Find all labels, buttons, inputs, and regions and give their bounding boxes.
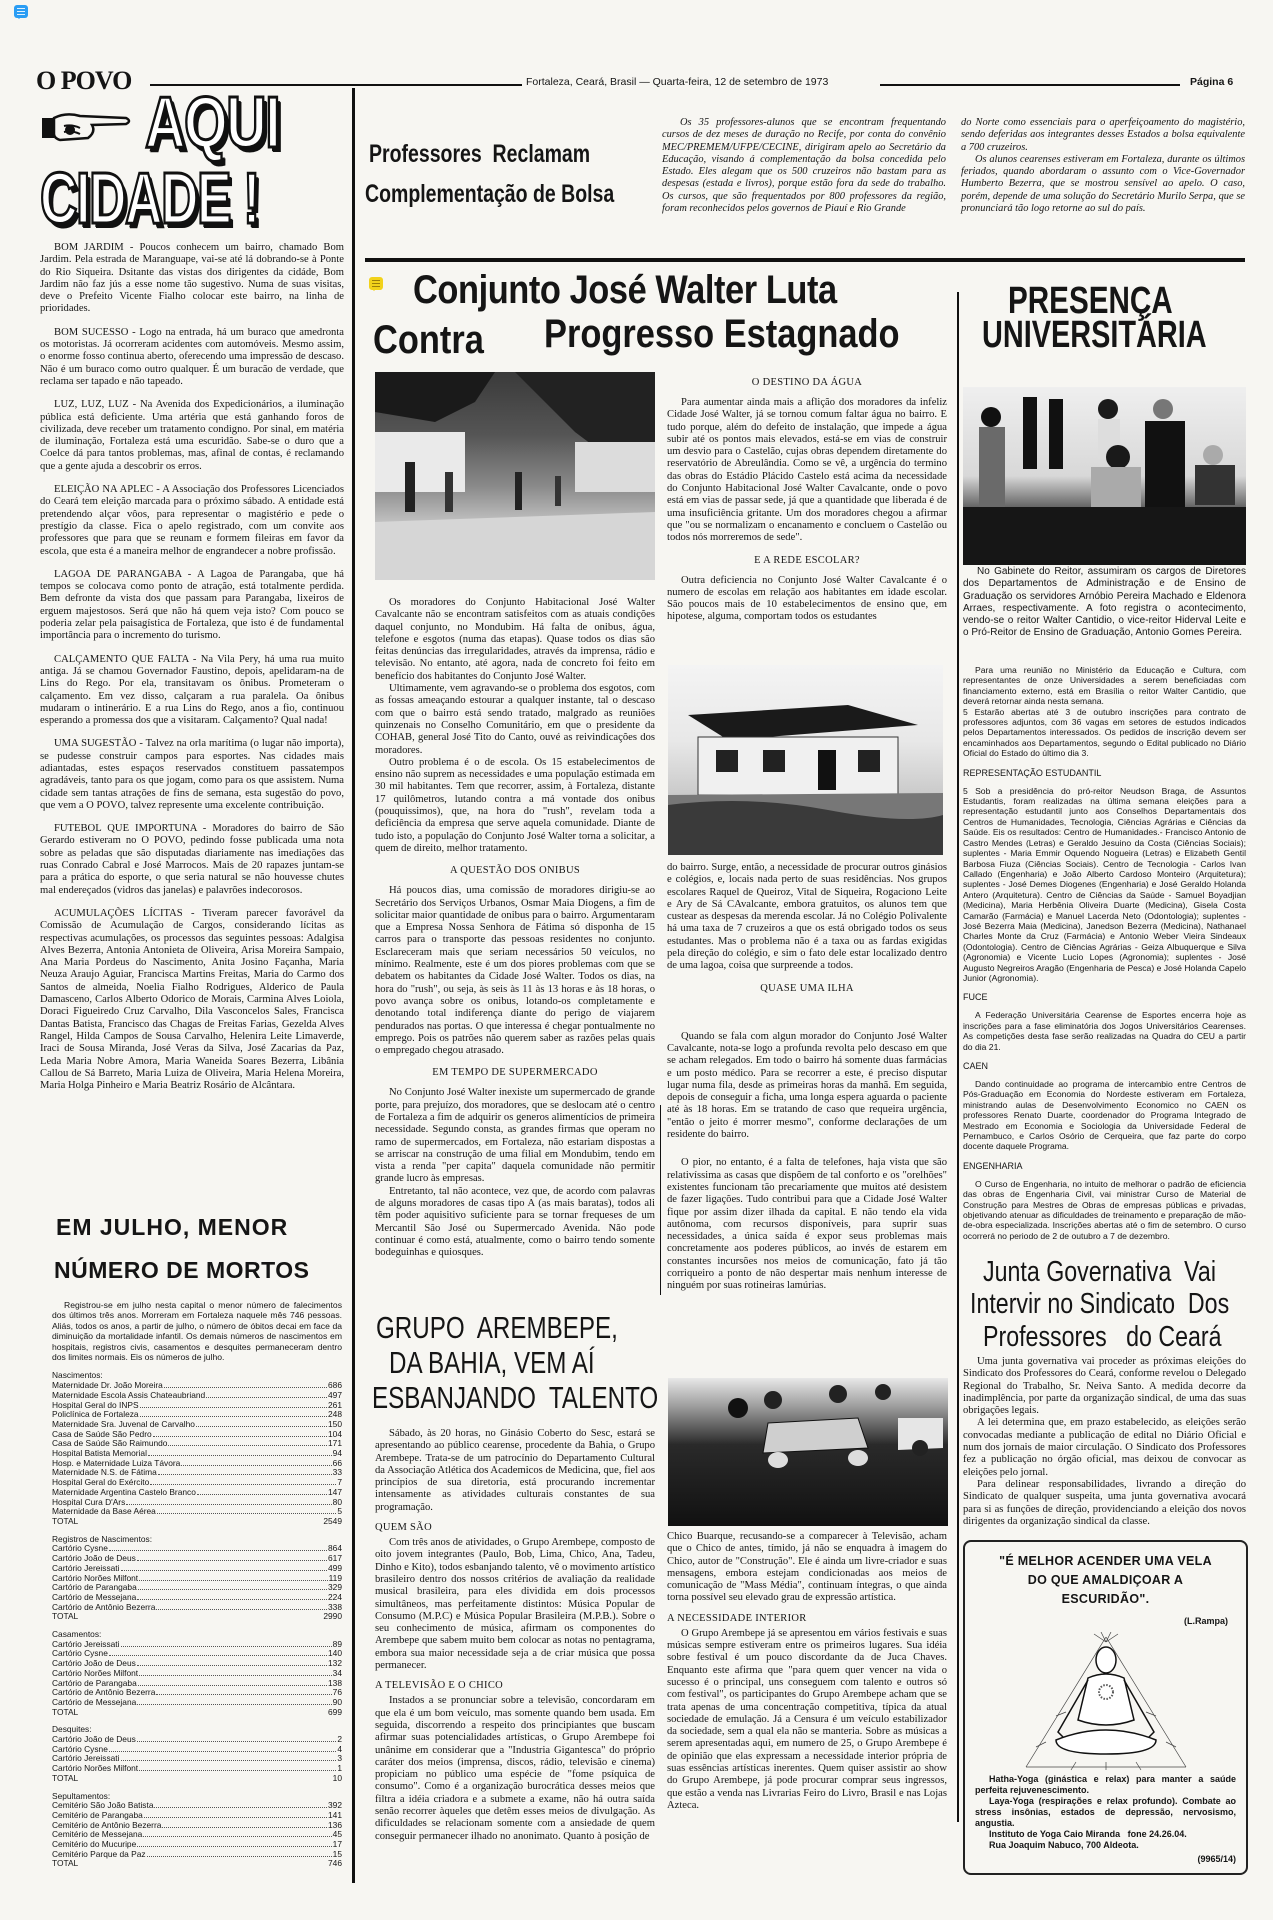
professores-title-line1: Professores Reclamam bbox=[369, 140, 590, 169]
presenca-photo-caption: No Gabinete do Reitor, assumiram os carg… bbox=[963, 566, 1246, 640]
leader-dots bbox=[162, 1827, 327, 1828]
aqui-cidade-title-line2: CIDADE ! bbox=[40, 160, 259, 238]
conjunto-title-line1: Conjunto José Walter Luta bbox=[413, 268, 837, 313]
section-heading: QUEM SÃO bbox=[375, 1522, 655, 1533]
section-heading: FUCE bbox=[963, 992, 1246, 1002]
item-heading: LAGOA DE PARANGABA bbox=[54, 569, 182, 580]
column-rule bbox=[660, 1105, 661, 1295]
leader-dots bbox=[147, 1856, 332, 1857]
aqui-cidade-title-line1: AQUI bbox=[145, 84, 279, 162]
presenca-body: Para uma reunião no Ministério da Educaç… bbox=[963, 665, 1246, 1241]
leader-dots bbox=[148, 1455, 332, 1456]
leader-dots bbox=[140, 1416, 327, 1417]
mortos-intro: Registrou-se em julho nesta capital o me… bbox=[52, 1300, 342, 1362]
leader-dots bbox=[164, 1387, 327, 1388]
total-label: TOTAL bbox=[52, 1517, 78, 1527]
leader-dots bbox=[121, 1646, 332, 1647]
junta-title-line1: Junta Governativa Vai bbox=[983, 1256, 1216, 1289]
arembepe-col1: Sábado, às 20 horas, no Ginásio Coberto … bbox=[375, 1428, 655, 1843]
leader-dots bbox=[137, 1560, 327, 1561]
stats-group: Desquites:Cartório João de Deus2Cartório… bbox=[52, 1725, 342, 1783]
conjunto-street-photo bbox=[375, 372, 655, 580]
school-house-photo bbox=[668, 665, 943, 855]
conjunto-col2b: do bairro. Surge, então, a necessidade d… bbox=[667, 862, 947, 1293]
leader-dots bbox=[139, 1580, 328, 1581]
conjunto-title-line2a: Contra bbox=[373, 318, 484, 363]
column-rule bbox=[352, 88, 355, 1883]
news-item: ACUMULAÇÕES LÍCITAS - Tiveram parecer fa… bbox=[40, 908, 344, 1092]
stats-group: Nascimentos:Maternidade Dr. João Moreira… bbox=[52, 1371, 342, 1526]
arembepe-title-line2: DA BAHIA, VEM AÍ bbox=[389, 1345, 595, 1381]
item-heading: ELEIÇÃO NA APLEC bbox=[54, 484, 153, 495]
presenca-title-line2: UNIVERSITÁRIA bbox=[982, 316, 1207, 354]
leader-dots bbox=[109, 1550, 327, 1551]
column-rule bbox=[957, 292, 959, 1822]
arembepe-title-line3: ESBANJANDO TALENTO bbox=[372, 1380, 658, 1416]
pointing-hand-icon bbox=[40, 108, 132, 146]
section-heading: REPRESENTAÇÃO ESTUDANTIL bbox=[963, 768, 1246, 778]
news-item: LAGOA DE PARANGABA - A Lagoa de Parangab… bbox=[40, 569, 344, 643]
leader-dots bbox=[206, 1397, 327, 1398]
item-heading: BOM JARDIM bbox=[54, 242, 124, 253]
yoga-advertisement[interactable]: "É MELHOR ACENDER UMA VELA DO QUE AMALDI… bbox=[963, 1540, 1248, 1875]
news-item: BOM JARDIM - Poucos conhecem um bairro, … bbox=[40, 242, 344, 316]
ad-code: (9965/14) bbox=[975, 1854, 1236, 1864]
leader-dots bbox=[158, 1474, 332, 1475]
leader-dots bbox=[139, 1675, 332, 1676]
total-label: TOTAL bbox=[52, 1708, 78, 1718]
leader-dots bbox=[137, 1665, 327, 1666]
leader-dots bbox=[137, 1741, 337, 1742]
news-item: UMA SUGESTÃO - Talvez na orla marítima (… bbox=[40, 738, 344, 812]
leader-dots bbox=[138, 1685, 327, 1686]
leader-dots bbox=[139, 1770, 336, 1771]
total-row: TOTAL699 bbox=[52, 1708, 342, 1718]
leader-dots bbox=[157, 1513, 337, 1514]
item-heading: BOM SUCESSO bbox=[54, 327, 128, 338]
aqui-cidade-column: BOM JARDIM - Poucos conhecem um bairro, … bbox=[40, 242, 344, 1092]
total-value: 2990 bbox=[323, 1612, 342, 1622]
leader-dots bbox=[156, 1609, 327, 1610]
item-heading: CALÇAMENTO QUE FALTA bbox=[54, 654, 189, 665]
masthead-rule-right bbox=[880, 84, 1180, 86]
leader-dots bbox=[144, 1817, 327, 1818]
section-heading: ENGENHARIA bbox=[963, 1161, 1246, 1171]
news-item: LUZ, LUZ, LUZ - Na Avenida dos Expedicio… bbox=[40, 399, 344, 473]
section-heading: A QUESTÃO DOS ONIBUS bbox=[375, 865, 655, 876]
grupo-arembepe-photo bbox=[668, 1378, 948, 1526]
leader-dots bbox=[109, 1655, 327, 1656]
mortos-table: Nascimentos:Maternidade Dr. João Moreira… bbox=[52, 1371, 342, 1869]
leader-dots bbox=[137, 1846, 331, 1847]
photo-caption: Chico Buarque, recusando-se a comparecer… bbox=[667, 1531, 947, 1605]
leader-dots bbox=[138, 1589, 327, 1590]
total-row: TOTAL10 bbox=[52, 1774, 342, 1784]
section-heading: O DESTINO DA ÁGUA bbox=[667, 377, 947, 388]
total-value: 699 bbox=[328, 1708, 342, 1718]
total-value: 10 bbox=[333, 1774, 342, 1784]
professores-col2: do Norte como essenciais para o aperfeiç… bbox=[961, 117, 1245, 215]
leader-dots bbox=[140, 1407, 327, 1408]
note-icon[interactable] bbox=[369, 277, 383, 290]
leader-dots bbox=[143, 1836, 331, 1837]
mortos-body: Registrou-se em julho nesta capital o me… bbox=[52, 1300, 342, 1869]
table-row: Maternidade da Base Aérea5 bbox=[52, 1507, 342, 1517]
section-heading: E A REDE ESCOLAR? bbox=[667, 555, 947, 566]
section-heading: A TELEVISÃO E O CHICO bbox=[375, 1680, 655, 1691]
meditating-figure-icon bbox=[1016, 1632, 1196, 1772]
leader-dots bbox=[168, 1445, 327, 1446]
arembepe-title-line1: GRUPO AREMBEPE, bbox=[376, 1310, 618, 1346]
item-heading: UMA SUGESTÃO bbox=[54, 738, 136, 749]
ad-quote-author: (L.Rampa) bbox=[965, 1616, 1228, 1626]
section-heading: QUASE UMA ILHA bbox=[667, 983, 947, 994]
leader-dots bbox=[153, 1436, 327, 1437]
total-value: 746 bbox=[328, 1859, 342, 1869]
stats-group: Registros de Nascimentos:Cartório Cysne8… bbox=[52, 1535, 342, 1622]
arembepe-col2: Chico Buarque, recusando-se a comparecer… bbox=[667, 1531, 947, 1812]
masthead-logo: O POVO bbox=[36, 66, 131, 96]
mortos-title-line1: EM JULHO, MENOR bbox=[56, 1214, 288, 1241]
item-heading: FUTEBOL QUE IMPORTUNA bbox=[54, 823, 197, 834]
leader-dots bbox=[181, 1465, 331, 1466]
leader-dots bbox=[197, 1494, 327, 1495]
stats-group: Sepultamentos:Cemitério São João Batista… bbox=[52, 1792, 342, 1870]
section-heading: A NECESSIDADE INTERIOR bbox=[667, 1613, 947, 1624]
ad-quote-line3: ESCURIDÃO". bbox=[965, 1592, 1246, 1606]
news-item: CALÇAMENTO QUE FALTA - Na Vila Pery, há … bbox=[40, 654, 344, 728]
mortos-title-line2: NÚMERO DE MORTOS bbox=[54, 1257, 309, 1284]
junta-title-line2: Intervir no Sindicato Dos bbox=[970, 1288, 1229, 1321]
section-rule bbox=[365, 258, 1245, 262]
conjunto-col1: Os moradores do Conjunto Habitacional Jo… bbox=[375, 597, 655, 1260]
conjunto-col2: O DESTINO DA ÁGUA Para aumentar ainda ma… bbox=[667, 372, 947, 624]
item-heading: ACUMULAÇÕES LÍCITAS bbox=[54, 908, 183, 919]
conjunto-title-line2b: Progresso Estagnado bbox=[544, 312, 900, 357]
leader-dots bbox=[150, 1484, 336, 1485]
total-value: 2549 bbox=[323, 1517, 342, 1527]
professores-col1: Os 35 professores-alunos que se encontra… bbox=[662, 117, 946, 215]
page-number: Página 6 bbox=[1190, 76, 1233, 88]
leader-dots bbox=[121, 1760, 337, 1761]
ad-quote-line2: DO QUE AMALDIÇOAR A bbox=[965, 1573, 1246, 1587]
junta-title-line3: Professores do Ceará bbox=[983, 1321, 1222, 1354]
leader-dots bbox=[126, 1504, 331, 1505]
news-item: ELEIÇÃO NA APLEC - A Associação dos Prof… bbox=[40, 484, 344, 558]
leader-dots bbox=[156, 1694, 331, 1695]
table-row: Cartório de Antônio Bezerra338 bbox=[52, 1603, 342, 1613]
masthead-dateline: Fortaleza, Ceará, Brasil — Quarta-feira,… bbox=[522, 76, 832, 88]
news-item: BOM SUCESSO - Logo na entrada, há um bur… bbox=[40, 327, 344, 388]
news-item: FUTEBOL QUE IMPORTUNA - Moradores do bai… bbox=[40, 823, 344, 897]
leader-dots bbox=[196, 1426, 327, 1427]
total-label: TOTAL bbox=[52, 1859, 78, 1869]
reitor-office-photo bbox=[963, 387, 1246, 565]
section-heading: CAEN bbox=[963, 1061, 1246, 1071]
total-label: TOTAL bbox=[52, 1774, 78, 1784]
note-icon[interactable] bbox=[14, 5, 28, 18]
ad-quote-line1: "É MELHOR ACENDER UMA VELA bbox=[965, 1554, 1246, 1568]
leader-dots bbox=[137, 1599, 327, 1600]
leader-dots bbox=[137, 1704, 331, 1705]
stats-group: Casamentos:Cartório Jereissati89Cartório… bbox=[52, 1630, 342, 1717]
total-label: TOTAL bbox=[52, 1612, 78, 1622]
table-row: Cemitério Parque da Paz15 bbox=[52, 1850, 342, 1860]
total-row: TOTAL2990 bbox=[52, 1612, 342, 1622]
table-row: Cartório Norões Milfont1 bbox=[52, 1764, 342, 1774]
table-row: Cartório de Messejana90 bbox=[52, 1698, 342, 1708]
total-row: TOTAL2549 bbox=[52, 1517, 342, 1527]
total-row: TOTAL746 bbox=[52, 1859, 342, 1869]
leader-dots bbox=[154, 1807, 327, 1808]
leader-dots bbox=[121, 1570, 328, 1571]
leader-dots bbox=[109, 1751, 336, 1752]
section-heading: EM TEMPO DE SUPERMERCADO bbox=[375, 1067, 655, 1078]
item-heading: LUZ, LUZ, LUZ bbox=[54, 399, 129, 410]
professores-title-line2: Complementação de Bolsa bbox=[365, 180, 614, 209]
junta-body: Uma junta governativa vai proceder as pr… bbox=[963, 1356, 1246, 1528]
